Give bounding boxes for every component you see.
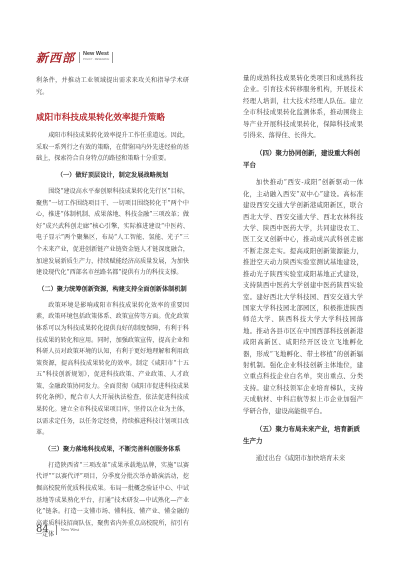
intro-tail-paragraph: 利条件，并推动工业领域提出需求来攻关和指导学术研究。 — [36, 75, 189, 98]
subsection-body-5: 通过出台《咸阳市加快培育未来 — [243, 453, 363, 464]
subsection-title-3: （三）聚力落地科技成果，不断完善科创服务体系 — [36, 444, 189, 455]
footer-brand: New West — [61, 527, 79, 532]
subsection-title-2: （二）聚力统筹创新资源，构建支持全面创新体制机制 — [36, 284, 189, 295]
logo-divider — [79, 52, 80, 63]
subsection-body-4: 加快推动“西安-咸阳”创新驱动一体化，主动融入西安“双中心”建设。高标准建设西安… — [243, 177, 363, 417]
masthead: 新西部 New West POLICY · RESEARCH — [36, 49, 113, 65]
footer-divider — [56, 525, 57, 535]
subsection-body-1: 围绕“建设高水平秦创原科技成果转化先行区”目标，聚焦“一切工作围绕项目干、一切项… — [36, 186, 189, 279]
logo-chinese: 新西部 — [36, 49, 75, 66]
logo-subtitle: POLICY · RESEARCH — [83, 59, 109, 62]
continued-paragraph: 量的成熟科技成果转化类项目和成熟科技企业。引育技术转移服务机构，开展技术经理人培… — [243, 73, 363, 141]
section-intro-paragraph: 咸阳市科技成果转化效率提升工作任重道远。因此，采取一系列行之有效的策略，在借鉴国… — [36, 130, 189, 165]
page-number: 84 — [36, 524, 49, 535]
logo-divider-right — [112, 52, 113, 63]
page-footer: 84 New West — [36, 524, 79, 535]
left-column: 利条件，并推动工业领域提出需求来攻关和指导学术研究。 咸阳市科技成果转化效率提升… — [36, 75, 189, 541]
subsection-body-2: 政策环境是影响咸阳市科技成果转化效率的重要因素，政策环境包括政策体系、政策宣传等… — [36, 300, 189, 439]
subsection-title-5: （五）聚力布局未来产业，培育新质生产力 — [243, 423, 363, 447]
subsection-title-1: （一）做好顶层设计，制定发展战略规划 — [36, 170, 189, 181]
subsection-title-4: （四）聚力协同创新，建设重大科创平台 — [243, 147, 363, 171]
logo-english-block: New West POLICY · RESEARCH — [83, 52, 109, 61]
right-column: 量的成熟科技成果转化类项目和成熟科技企业。引育技术转移服务机构，开展技术经理人培… — [243, 73, 363, 464]
section-title: 咸阳市科技成果转化效率提升策略 — [36, 112, 189, 124]
